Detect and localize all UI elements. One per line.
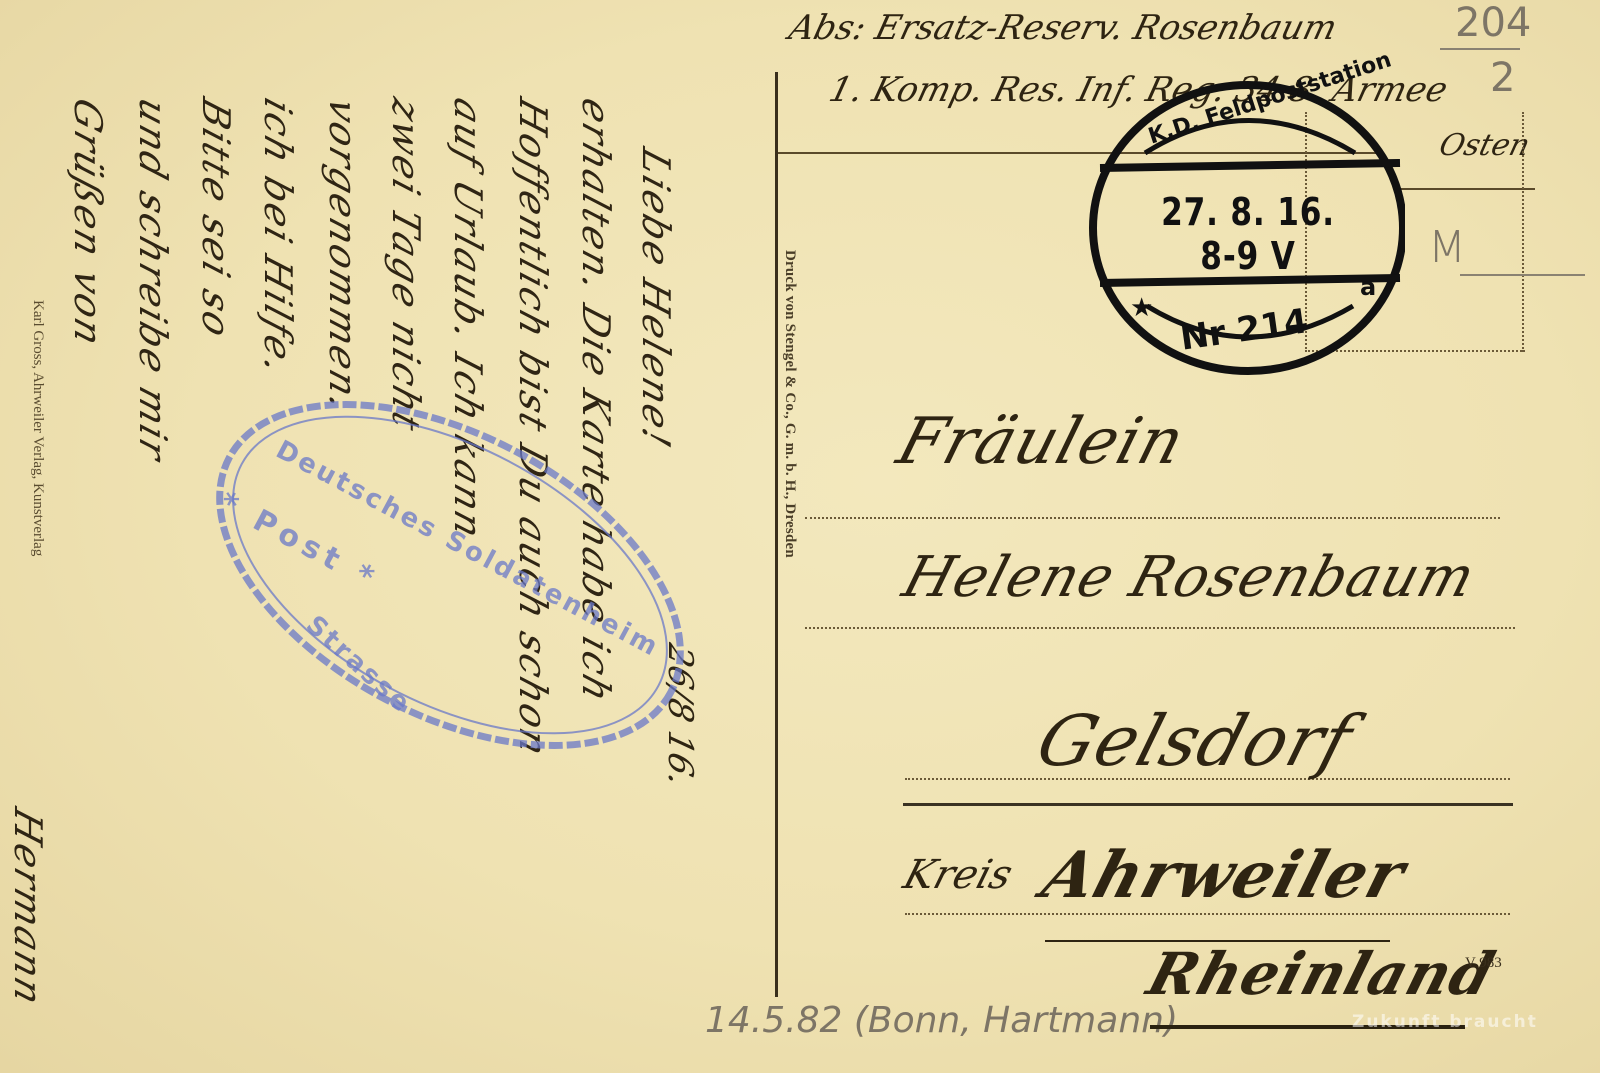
letter-line: zwei Tage nicht <box>384 93 428 438</box>
blue-oval-stamp: Deutsches Soldatenheim * Post * Strasse <box>190 395 710 755</box>
watermark: Zukunft braucht <box>1352 1012 1538 1032</box>
address-line-2 <box>805 627 1515 629</box>
publisher-imprint: Karl Gross, Ahrweiler Verlag, Kunstverla… <box>26 300 46 720</box>
pencil-m-underline <box>1460 274 1585 276</box>
recipient-name: Helene Rosenbaum <box>896 545 1483 610</box>
address-line-3-solid <box>903 803 1513 806</box>
letter-line: ich bei Hilfe. <box>256 93 300 382</box>
card-number: V 983 <box>1465 955 1502 972</box>
recipient-region: Rheinland <box>1140 940 1502 1008</box>
address-line-1 <box>805 517 1500 519</box>
letter-line: und schreibe mir <box>131 93 175 468</box>
letter-line: Bitte sei so <box>194 93 238 345</box>
sender-line-1: Abs: Ersatz-Reserv. Rosenbaum <box>785 8 1341 48</box>
postmark-star-icon: ★ <box>1130 293 1153 323</box>
postmark: K.D. Feldpoststation 27. 8. 16. 8-9 V ★ … <box>1085 78 1405 378</box>
pencil-number-below: 2 <box>1490 55 1515 101</box>
oval-stamp-icon <box>190 395 710 755</box>
recipient-title: Fräulein <box>889 405 1193 479</box>
postmark-date: 27. 8. 16. 8-9 V <box>1154 190 1343 278</box>
pencil-archive-note: 14.5.82 (Bonn, Hartmann) <box>705 1000 1178 1041</box>
recipient-town: Gelsdorf <box>1028 700 1361 782</box>
address-line-4 <box>905 913 1510 915</box>
postmark-suffix: a <box>1360 273 1376 301</box>
postcard: Liebe Helene! erhalten. Die Karte habe i… <box>0 0 1600 1073</box>
pencil-number-top: 204 <box>1455 0 1531 46</box>
letter-line: Grüßen von <box>66 93 110 354</box>
recipient-district: Ahrweiler <box>1034 838 1413 913</box>
printer-credit: Druck von Stengel & Co., G. m. b. H., Dr… <box>776 250 798 790</box>
stamp-box-right-edge <box>1522 112 1524 352</box>
letter-line: vorgenommen. <box>321 93 365 419</box>
letter-signature: Hermann <box>6 803 50 1013</box>
pencil-underline <box>1440 48 1520 50</box>
pencil-letter-m: M <box>1428 222 1466 273</box>
recipient-district-prefix: Kreis <box>898 852 1017 898</box>
